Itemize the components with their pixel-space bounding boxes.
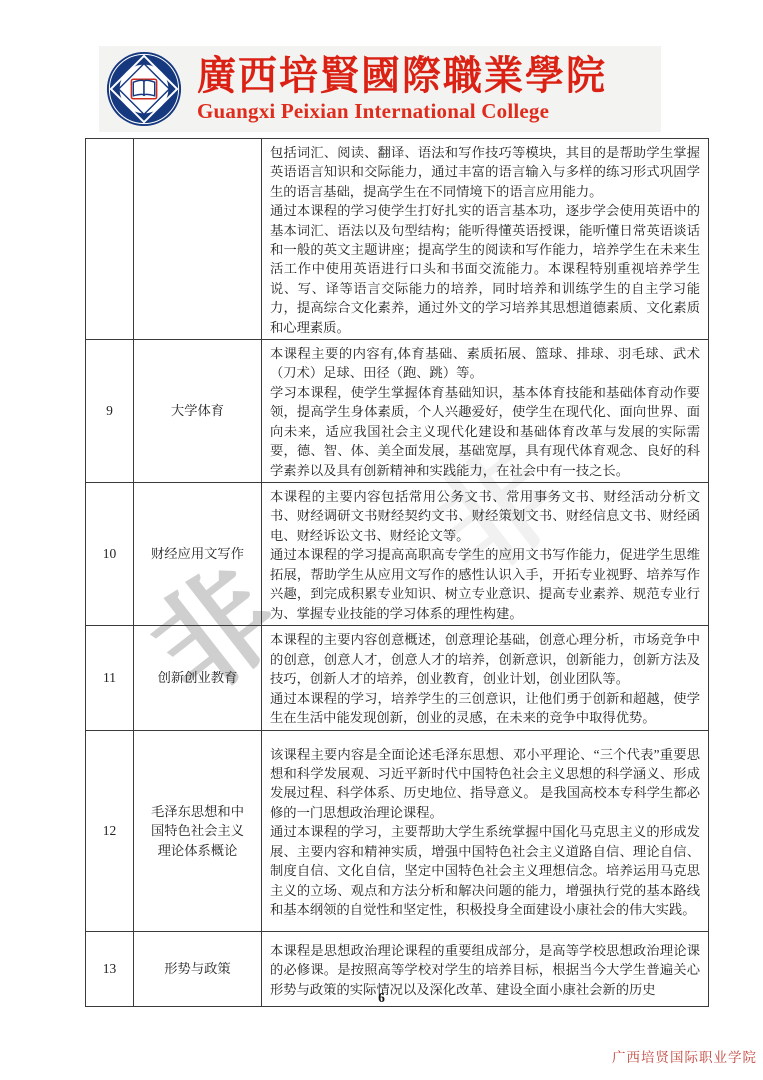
course-paragraph: 本课程的主要内容创意概述，创意理论基础，创意心理分析，市场竞争中的创意，创意人才… xyxy=(270,630,700,688)
college-title-block: 廣西培賢國際職業學院 Guangxi Peixian International… xyxy=(197,55,607,123)
table-row: 12 毛泽东思想和中国特色社会主义理论体系概论 该课程主要内容是全面论述毛泽东思… xyxy=(86,731,709,932)
college-name-zh: 廣西培賢國際職業學院 xyxy=(197,55,607,100)
course-paragraph: 本课程主要的内容有,体育基础、素质拓展、篮球、排球、羽毛球、武术（刀术）足球、田… xyxy=(270,344,700,383)
table-row: 包括词汇、阅读、翻译、语法和写作技巧等模块，其目的是帮助学生掌握英语语言知识和交… xyxy=(86,139,709,340)
course-paragraph: 该课程主要内容是全面论述毛泽东思想、邓小平理论、“三个代表”重要思想和科学发展观… xyxy=(270,745,700,823)
college-header: 廣西培賢國際職業學院 Guangxi Peixian International… xyxy=(99,46,661,132)
course-paragraph: 本课程的主要内容包括常用公务文书、常用事务文书、财经活动分析文书、财经调研文书财… xyxy=(270,487,700,545)
footer-college-name: 广西培贤国际职业学院 xyxy=(612,1046,757,1066)
course-paragraph: 包括词汇、阅读、翻译、语法和写作技巧等模块，其目的是帮助学生掌握英语语言知识和交… xyxy=(270,143,700,201)
course-name-cell: 创新创业教育 xyxy=(134,626,262,731)
page-number: 6 xyxy=(0,990,763,1006)
book-icon xyxy=(131,79,156,99)
course-name-cell: 毛泽东思想和中国特色社会主义理论体系概论 xyxy=(134,731,262,932)
course-name-cell xyxy=(134,139,262,340)
course-description-cell: 本课程主要的内容有,体育基础、素质拓展、篮球、排球、羽毛球、武术（刀术）足球、田… xyxy=(262,340,709,483)
table-row: 10 财经应用文写作 本课程的主要内容包括常用公务文书、常用事务文书、财经活动分… xyxy=(86,483,709,626)
course-table-body: 包括词汇、阅读、翻译、语法和写作技巧等模块，其目的是帮助学生掌握英语语言知识和交… xyxy=(86,139,709,1007)
course-paragraph: 学习本课程，使学生掌握体育基础知识，基本体育技能和基础体育动作要领，提高学生身体… xyxy=(270,383,700,480)
course-number-cell: 11 xyxy=(86,626,134,731)
college-name-en: Guangxi Peixian International College xyxy=(197,99,607,123)
course-name-cell: 财经应用文写作 xyxy=(134,483,262,626)
college-emblem-logo xyxy=(105,50,183,128)
course-number-cell: 12 xyxy=(86,731,134,932)
course-description-cell: 该课程主要内容是全面论述毛泽东思想、邓小平理论、“三个代表”重要思想和科学发展观… xyxy=(262,731,709,932)
course-number-cell: 10 xyxy=(86,483,134,626)
course-table: 包括词汇、阅读、翻译、语法和写作技巧等模块，其目的是帮助学生掌握英语语言知识和交… xyxy=(85,138,709,1007)
document-page: 廣西培賢國際職業學院 Guangxi Peixian International… xyxy=(0,0,763,1080)
table-row: 9 大学体育 本课程主要的内容有,体育基础、素质拓展、篮球、排球、羽毛球、武术（… xyxy=(86,340,709,483)
course-paragraph: 通过本课程的学习提高高职高专学生的应用文书写作能力，促进学生思维拓展，帮助学生从… xyxy=(270,545,700,623)
course-number-cell: 9 xyxy=(86,340,134,483)
course-name-cell: 大学体育 xyxy=(134,340,262,483)
course-paragraph: 通过本课程的学习使学生打好扎实的语言基本功，逐步学会使用英语中的基本词汇、语法以… xyxy=(270,201,700,337)
course-paragraph: 通过本课程的学习，主要帮助大学生系统掌握中国化马克思主义的形成发展、主要内容和精… xyxy=(270,822,700,919)
course-paragraph: 通过本课程的学习，培养学生的三创意识，让他们勇于创新和超越，使学生在生活中能发现… xyxy=(270,689,700,728)
course-description-cell: 本课程的主要内容创意概述，创意理论基础，创意心理分析，市场竞争中的创意，创意人才… xyxy=(262,626,709,731)
course-description-cell: 本课程的主要内容包括常用公务文书、常用事务文书、财经活动分析文书、财经调研文书财… xyxy=(262,483,709,626)
course-description-cell: 包括词汇、阅读、翻译、语法和写作技巧等模块，其目的是帮助学生掌握英语语言知识和交… xyxy=(262,139,709,340)
table-row: 11 创新创业教育 本课程的主要内容创意概述，创意理论基础，创意心理分析，市场竞… xyxy=(86,626,709,731)
course-number-cell xyxy=(86,139,134,340)
